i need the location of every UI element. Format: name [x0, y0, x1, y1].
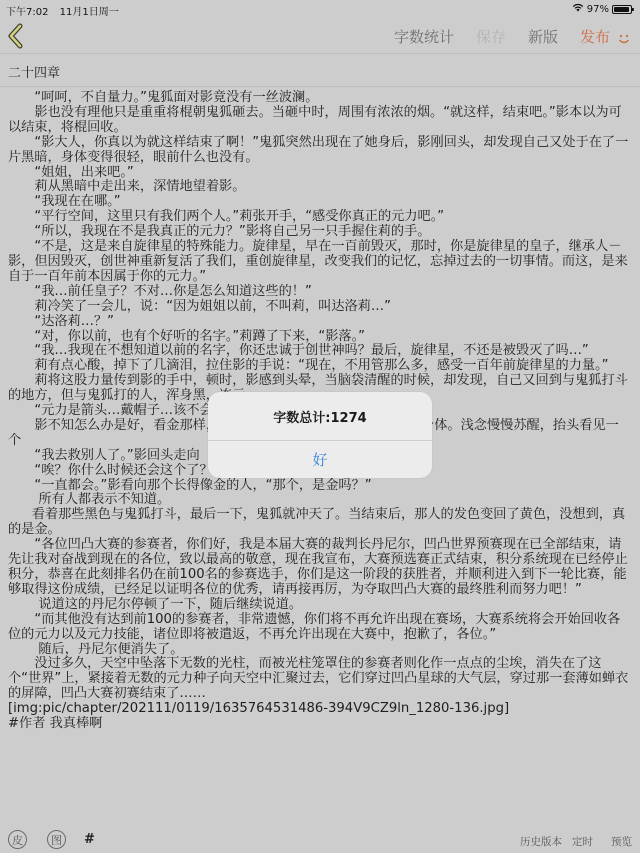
dialog-message: 字数总计:1274 — [208, 392, 432, 440]
image-button[interactable]: 图 — [47, 830, 66, 849]
hashtag-button[interactable]: # — [84, 832, 95, 847]
bottom-toolbar: 皮 图 # 历史版本 定时 预览 — [0, 828, 640, 853]
preview-button[interactable]: 预览 — [611, 834, 632, 849]
schedule-button[interactable]: 定时 — [572, 834, 593, 849]
history-version-button[interactable]: 历史版本 — [520, 834, 562, 849]
word-count-dialog: 字数总计:1274 好 — [208, 392, 432, 478]
dialog-ok-button[interactable]: 好 — [208, 441, 432, 478]
skin-button[interactable]: 皮 — [8, 830, 27, 849]
